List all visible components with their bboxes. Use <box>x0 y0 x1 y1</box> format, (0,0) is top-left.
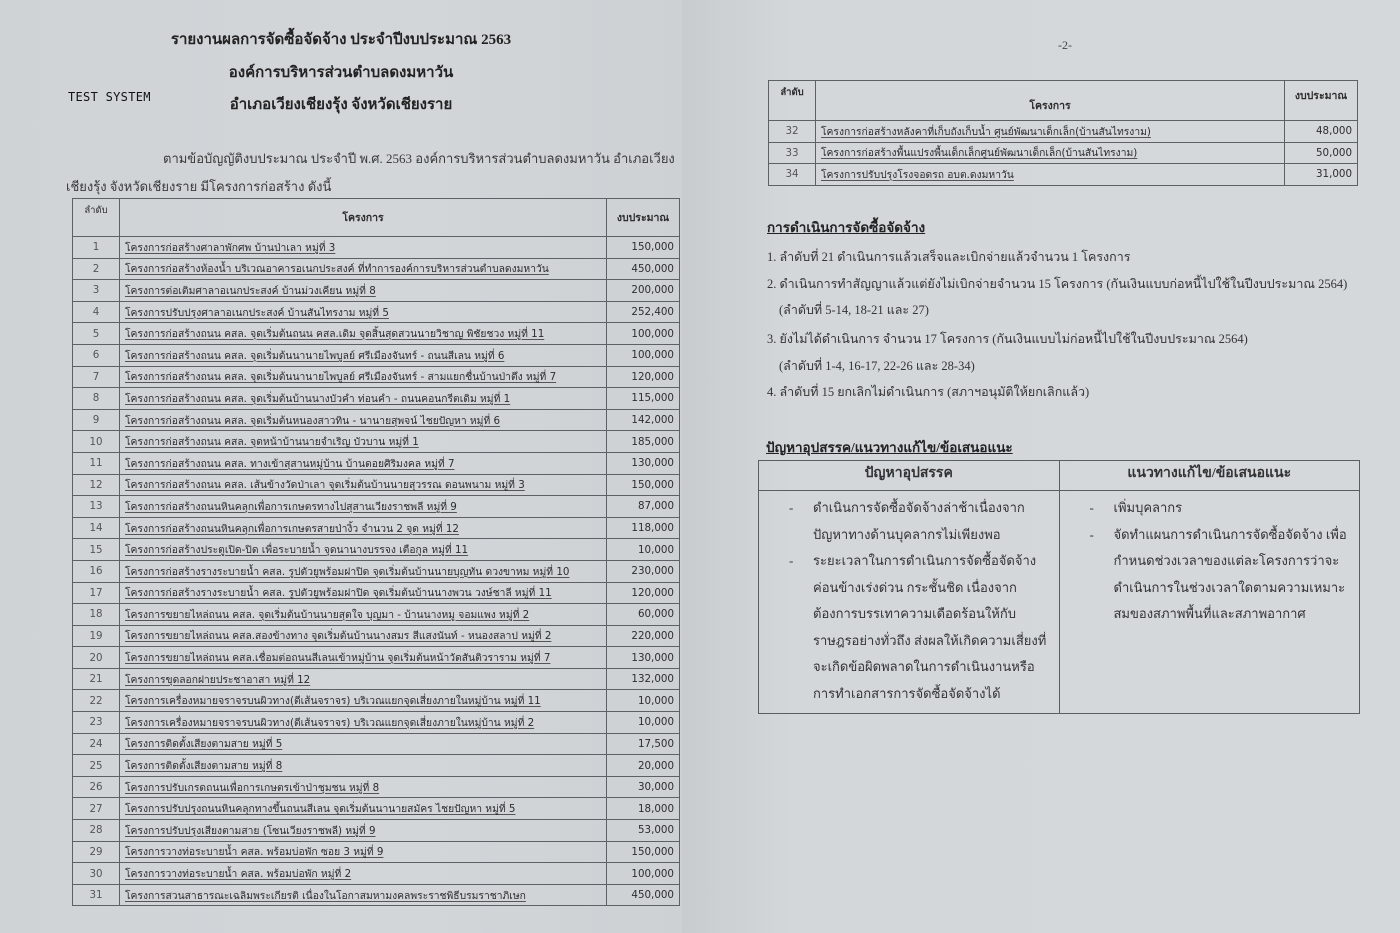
project-name: โครงการก่อสร้างถนนหินคลุกเพื่อการเกษตรสา… <box>120 517 607 539</box>
project-budget: 142,000 <box>607 409 680 431</box>
table-row: 6โครงการก่อสร้างถนน คสล. จุดเริ่มต้นนานา… <box>73 344 680 366</box>
row-number: 15 <box>73 539 120 561</box>
table-row: 23โครงการเครื่องหมายจราจรบนผิวทาง(ตีเส้น… <box>73 712 680 734</box>
project-name: โครงการต่อเติมศาลาอเนกประสงค์ บ้านม่วงเค… <box>120 280 607 302</box>
project-name: โครงการก่อสร้างถนน คสล. จุดเริ่มต้นถนน ค… <box>120 323 607 345</box>
projects-table-continued: ลำดับ โครงการ งบประมาณ 32โครงการก่อสร้าง… <box>768 80 1358 186</box>
project-name: โครงการปรับปรุงศาลาอเนกประสงค์ บ้านสันไท… <box>120 301 607 323</box>
col-header-no: ลำดับ <box>73 199 120 237</box>
page-number: -2- <box>1058 38 1072 53</box>
project-budget: 48,000 <box>1285 121 1358 143</box>
row-number: 26 <box>73 776 120 798</box>
project-name: โครงการก่อสร้างถนน คสล. จุดเริ่มต้นนานาย… <box>120 344 607 366</box>
problem-item: ระยะเวลาในการดำเนินการจัดซื้อจัดจ้างค่อน… <box>767 548 1051 707</box>
table-row: 4โครงการปรับปรุงศาลาอเนกประสงค์ บ้านสันไ… <box>73 301 680 323</box>
row-number: 18 <box>73 604 120 626</box>
col-header-solutions: แนวทางแก้ไข/ข้อเสนอแนะ <box>1059 461 1360 491</box>
project-name: โครงการปรับเกรดถนนเพื่อการเกษตรเข้าป่าชุ… <box>120 776 607 798</box>
procurement-item-2: 2. ดำเนินการทำสัญญาแล้วแต่ยังไม่เบิกจ่าย… <box>767 274 1347 294</box>
project-budget: 450,000 <box>607 884 680 906</box>
table-row: 34โครงการปรับปรุงโรงจอดรถ อบต.ดงมหาวัน31… <box>769 164 1358 186</box>
table-row: 22โครงการเครื่องหมายจราจรบนผิวทาง(ตีเส้น… <box>73 690 680 712</box>
table-row: 24โครงการติดตั้งเสียงตามสาย หมู่ที่ 517,… <box>73 733 680 755</box>
row-number: 24 <box>73 733 120 755</box>
project-budget: 100,000 <box>607 344 680 366</box>
procurement-item-3: 3. ยังไม่ได้ดำเนินการ จำนวน 17 โครงการ (… <box>767 329 1248 349</box>
solutions-cell: เพิ่มบุคลากร จัดทำแผนการดำเนินการจัดซื้อ… <box>1059 491 1360 714</box>
project-name: โครงการก่อสร้างถนนหินคลุกเพื่อการเกษตรทา… <box>120 496 607 518</box>
project-budget: 120,000 <box>607 366 680 388</box>
table-row: 18โครงการขยายไหล่ถนน คสล. จุดเริ่มต้นบ้า… <box>73 604 680 626</box>
row-number: 33 <box>769 142 816 164</box>
project-budget: 60,000 <box>607 604 680 626</box>
project-budget: 200,000 <box>607 280 680 302</box>
row-number: 7 <box>73 366 120 388</box>
col-header-problems: ปัญหาอุปสรรค <box>759 461 1060 491</box>
row-number: 2 <box>73 258 120 280</box>
project-name: โครงการขุดลอกฝายประชาอาสา หมู่ที่ 12 <box>120 668 607 690</box>
row-number: 20 <box>73 647 120 669</box>
table-row: 17โครงการก่อสร้างรางระบายน้ำ คสล. รูปตัว… <box>73 582 680 604</box>
row-number: 31 <box>73 884 120 906</box>
table-row: 8โครงการก่อสร้างถนน คสล. จุดเริ่มต้นบ้าน… <box>73 388 680 410</box>
table-row: 19โครงการขยายไหล่ถนน คสล.สองข้างทาง จุดเ… <box>73 625 680 647</box>
project-budget: 150,000 <box>607 237 680 259</box>
row-number: 25 <box>73 755 120 777</box>
project-name: โครงการก่อสร้างถนน คสล. ทางเข้าสุสานหมู่… <box>120 452 607 474</box>
project-name: โครงการก่อสร้างห้องน้ำ บริเวณอาคารอเนกปร… <box>120 258 607 280</box>
row-number: 10 <box>73 431 120 453</box>
project-name: โครงการวางท่อระบายน้ำ คสล. พร้อมบ่อพัก ห… <box>120 863 607 885</box>
project-name: โครงการก่อสร้างหลังคาที่เก็บถังเก็บน้ำ ศ… <box>816 121 1285 143</box>
table-row: 2โครงการก่อสร้างห้องน้ำ บริเวณอาคารอเนกป… <box>73 258 680 280</box>
issues-table: ปัญหาอุปสรรค แนวทางแก้ไข/ข้อเสนอแนะ ดำเน… <box>758 460 1360 714</box>
project-budget: 115,000 <box>607 388 680 410</box>
table-row: 10โครงการก่อสร้างถนน คสล. จุดหน้าบ้านนาย… <box>73 431 680 453</box>
row-number: 1 <box>73 237 120 259</box>
project-name: โครงการปรับปรุงถนนหินคลุกทางขึ้นถนนสีเลน… <box>120 798 607 820</box>
row-number: 30 <box>73 863 120 885</box>
project-name: โครงการขยายไหล่ถนน คสล. จุดเริ่มต้นบ้านน… <box>120 604 607 626</box>
project-budget: 150,000 <box>607 841 680 863</box>
project-budget: 118,000 <box>607 517 680 539</box>
row-number: 34 <box>769 164 816 186</box>
project-budget: 87,000 <box>607 496 680 518</box>
col-header-project: โครงการ <box>816 81 1285 121</box>
procurement-item-4: 4. ลำดับที่ 15 ยกเลิกไม่ดำเนินการ (สภาฯอ… <box>767 382 1089 402</box>
project-budget: 100,000 <box>607 863 680 885</box>
project-name: โครงการวางท่อระบายน้ำ คสล. พร้อมบ่อพัก ซ… <box>120 841 607 863</box>
project-name: โครงการปรับปรุงเสียงตามสาย (โซนเวียงราชพ… <box>120 820 607 842</box>
project-name: โครงการก่อสร้างถนน คสล. จุดหน้าบ้านนายจำ… <box>120 431 607 453</box>
project-name: โครงการก่อสร้างรางระบายน้ำ คสล. รูปตัวยู… <box>120 560 607 582</box>
table-row: 32โครงการก่อสร้างหลังคาที่เก็บถังเก็บน้ำ… <box>769 121 1358 143</box>
project-budget: 30,000 <box>607 776 680 798</box>
table-row: 33โครงการก่อสร้างพื้นแปรงพื้นเด็กเล็กศูน… <box>769 142 1358 164</box>
problem-item: ดำเนินการจัดซื้อจัดจ้างล่าช้าเนื่องจากปั… <box>767 495 1051 548</box>
col-header-project: โครงการ <box>120 199 607 237</box>
projects-table: ลำดับ โครงการ งบประมาณ 1โครงการก่อสร้างศ… <box>72 198 680 906</box>
project-budget: 450,000 <box>607 258 680 280</box>
project-budget: 10,000 <box>607 712 680 734</box>
table-row: 9โครงการก่อสร้างถนน คสล. จุดเริ่มต้นหนอง… <box>73 409 680 431</box>
project-budget: 220,000 <box>607 625 680 647</box>
project-name: โครงการปรับปรุงโรงจอดรถ อบต.ดงมหาวัน <box>816 164 1285 186</box>
table-row: 11โครงการก่อสร้างถนน คสล. ทางเข้าสุสานหม… <box>73 452 680 474</box>
project-budget: 130,000 <box>607 452 680 474</box>
row-number: 27 <box>73 798 120 820</box>
project-budget: 130,000 <box>607 647 680 669</box>
issues-section-title: ปัญหาอุปสรรค/แนวทางแก้ไข/ข้อเสนอแนะ <box>766 436 1013 458</box>
table-row: 12โครงการก่อสร้างถนน คสล. เส้นข้างวัดป่า… <box>73 474 680 496</box>
report-title: รายงานผลการจัดซื้อจัดจ้าง ประจำปีงบประมา… <box>0 27 682 51</box>
row-number: 5 <box>73 323 120 345</box>
table-row: 25โครงการติดตั้งเสียงตามสาย หมู่ที่ 820,… <box>73 755 680 777</box>
table-row: 1โครงการก่อสร้างศาลาพักศพ บ้านป่าเลา หมู… <box>73 237 680 259</box>
project-budget: 17,500 <box>607 733 680 755</box>
procurement-item-3-detail: (ลำดับที่ 1-4, 16-17, 22-26 และ 28-34) <box>779 356 975 376</box>
project-budget: 120,000 <box>607 582 680 604</box>
row-number: 3 <box>73 280 120 302</box>
table-row: 27โครงการปรับปรุงถนนหินคลุกทางขึ้นถนนสีเ… <box>73 798 680 820</box>
project-name: โครงการก่อสร้างถนน คสล. จุดเริ่มต้นหนองส… <box>120 409 607 431</box>
project-budget: 252,400 <box>607 301 680 323</box>
row-number: 22 <box>73 690 120 712</box>
row-number: 21 <box>73 668 120 690</box>
project-budget: 18,000 <box>607 798 680 820</box>
row-number: 12 <box>73 474 120 496</box>
intro-line-2: เชียงรุ้ง จังหวัดเชียงราย มีโครงการก่อสร… <box>66 176 331 197</box>
project-name: โครงการก่อสร้างรางระบายน้ำ คสล. รูปตัวยู… <box>120 582 607 604</box>
col-header-no: ลำดับ <box>769 81 816 121</box>
project-name: โครงการติดตั้งเสียงตามสาย หมู่ที่ 5 <box>120 733 607 755</box>
project-name: โครงการก่อสร้างถนน คสล. เส้นข้างวัดป่าเล… <box>120 474 607 496</box>
row-number: 14 <box>73 517 120 539</box>
table-row: 29โครงการวางท่อระบายน้ำ คสล. พร้อมบ่อพัก… <box>73 841 680 863</box>
project-budget: 230,000 <box>607 560 680 582</box>
project-name: โครงการติดตั้งเสียงตามสาย หมู่ที่ 8 <box>120 755 607 777</box>
project-budget: 100,000 <box>607 323 680 345</box>
project-name: โครงการก่อสร้างประตูเปิด-ปิด เพื่อระบายน… <box>120 539 607 561</box>
row-number: 11 <box>73 452 120 474</box>
row-number: 28 <box>73 820 120 842</box>
project-budget: 10,000 <box>607 690 680 712</box>
procurement-item-1: 1. ลำดับที่ 21 ดำเนินการแล้วเสร็จและเบิก… <box>767 247 1130 267</box>
project-name: โครงการเครื่องหมายจราจรบนผิวทาง(ตีเส้นจร… <box>120 712 607 734</box>
row-number: 4 <box>73 301 120 323</box>
table-row: 5โครงการก่อสร้างถนน คสล. จุดเริ่มต้นถนน … <box>73 323 680 345</box>
table-row: 31โครงการสวนสาธารณะเฉลิมพระเกียรติ เนื่อ… <box>73 884 680 906</box>
table-row: 14โครงการก่อสร้างถนนหินคลุกเพื่อการเกษตร… <box>73 517 680 539</box>
project-name: โครงการก่อสร้างถนน คสล. จุดเริ่มต้นบ้านน… <box>120 388 607 410</box>
solution-item: เพิ่มบุคลากร <box>1068 495 1352 522</box>
project-budget: 185,000 <box>607 431 680 453</box>
organization-name: องค์การบริหารส่วนตำบลดงมหาวัน <box>0 60 682 84</box>
procurement-item-2-detail: (ลำดับที่ 5-14, 18-21 และ 27) <box>779 300 929 320</box>
table-row: 16โครงการก่อสร้างรางระบายน้ำ คสล. รูปตัว… <box>73 560 680 582</box>
table-row: 26โครงการปรับเกรดถนนเพื่อการเกษตรเข้าป่า… <box>73 776 680 798</box>
row-number: 6 <box>73 344 120 366</box>
project-budget: 31,000 <box>1285 164 1358 186</box>
project-name: โครงการสวนสาธารณะเฉลิมพระเกียรติ เนื่องใ… <box>120 884 607 906</box>
project-name: โครงการเครื่องหมายจราจรบนผิวทาง(ตีเส้นจร… <box>120 690 607 712</box>
project-name: โครงการขยายไหล่ถนน คสล.เชื่อมต่อถนนสีเลน… <box>120 647 607 669</box>
project-name: โครงการก่อสร้างถนน คสล. จุดเริ่มต้นนานาย… <box>120 366 607 388</box>
intro-line-1: ตามข้อบัญญัติงบประมาณ ประจำปี พ.ศ. 2563 … <box>163 148 675 169</box>
table-row: 28โครงการปรับปรุงเสียงตามสาย (โซนเวียงรา… <box>73 820 680 842</box>
table-row: 13โครงการก่อสร้างถนนหินคลุกเพื่อการเกษตร… <box>73 496 680 518</box>
table-row: 30โครงการวางท่อระบายน้ำ คสล. พร้อมบ่อพัก… <box>73 863 680 885</box>
table-row: 15โครงการก่อสร้างประตูเปิด-ปิด เพื่อระบา… <box>73 539 680 561</box>
solution-item: จัดทำแผนการดำเนินการจัดซื้อจัดจ้าง เพื่อ… <box>1068 522 1352 628</box>
procurement-section-title: การดำเนินการจัดซื้อจัดจ้าง <box>767 216 925 238</box>
col-header-budget: งบประมาณ <box>607 199 680 237</box>
project-budget: 53,000 <box>607 820 680 842</box>
watermark-label: TEST SYSTEM <box>68 90 151 104</box>
project-budget: 132,000 <box>607 668 680 690</box>
table-row: 21โครงการขุดลอกฝายประชาอาสา หมู่ที่ 1213… <box>73 668 680 690</box>
project-budget: 10,000 <box>607 539 680 561</box>
document-page-1: รายงานผลการจัดซื้อจัดจ้าง ประจำปีงบประมา… <box>0 0 682 933</box>
project-budget: 50,000 <box>1285 142 1358 164</box>
row-number: 23 <box>73 712 120 734</box>
problems-cell: ดำเนินการจัดซื้อจัดจ้างล่าช้าเนื่องจากปั… <box>759 491 1060 714</box>
row-number: 29 <box>73 841 120 863</box>
row-number: 17 <box>73 582 120 604</box>
row-number: 19 <box>73 625 120 647</box>
table-row: 3โครงการต่อเติมศาลาอเนกประสงค์ บ้านม่วงเ… <box>73 280 680 302</box>
row-number: 13 <box>73 496 120 518</box>
row-number: 9 <box>73 409 120 431</box>
row-number: 8 <box>73 388 120 410</box>
project-name: โครงการขยายไหล่ถนน คสล.สองข้างทาง จุดเริ… <box>120 625 607 647</box>
row-number: 32 <box>769 121 816 143</box>
row-number: 16 <box>73 560 120 582</box>
project-budget: 150,000 <box>607 474 680 496</box>
col-header-budget: งบประมาณ <box>1285 81 1358 121</box>
project-name: โครงการก่อสร้างพื้นแปรงพื้นเด็กเล็กศูนย์… <box>816 142 1285 164</box>
project-budget: 20,000 <box>607 755 680 777</box>
table-row: 20โครงการขยายไหล่ถนน คสล.เชื่อมต่อถนนสีเ… <box>73 647 680 669</box>
project-name: โครงการก่อสร้างศาลาพักศพ บ้านป่าเลา หมู่… <box>120 237 607 259</box>
table-row: 7โครงการก่อสร้างถนน คสล. จุดเริ่มต้นนานา… <box>73 366 680 388</box>
